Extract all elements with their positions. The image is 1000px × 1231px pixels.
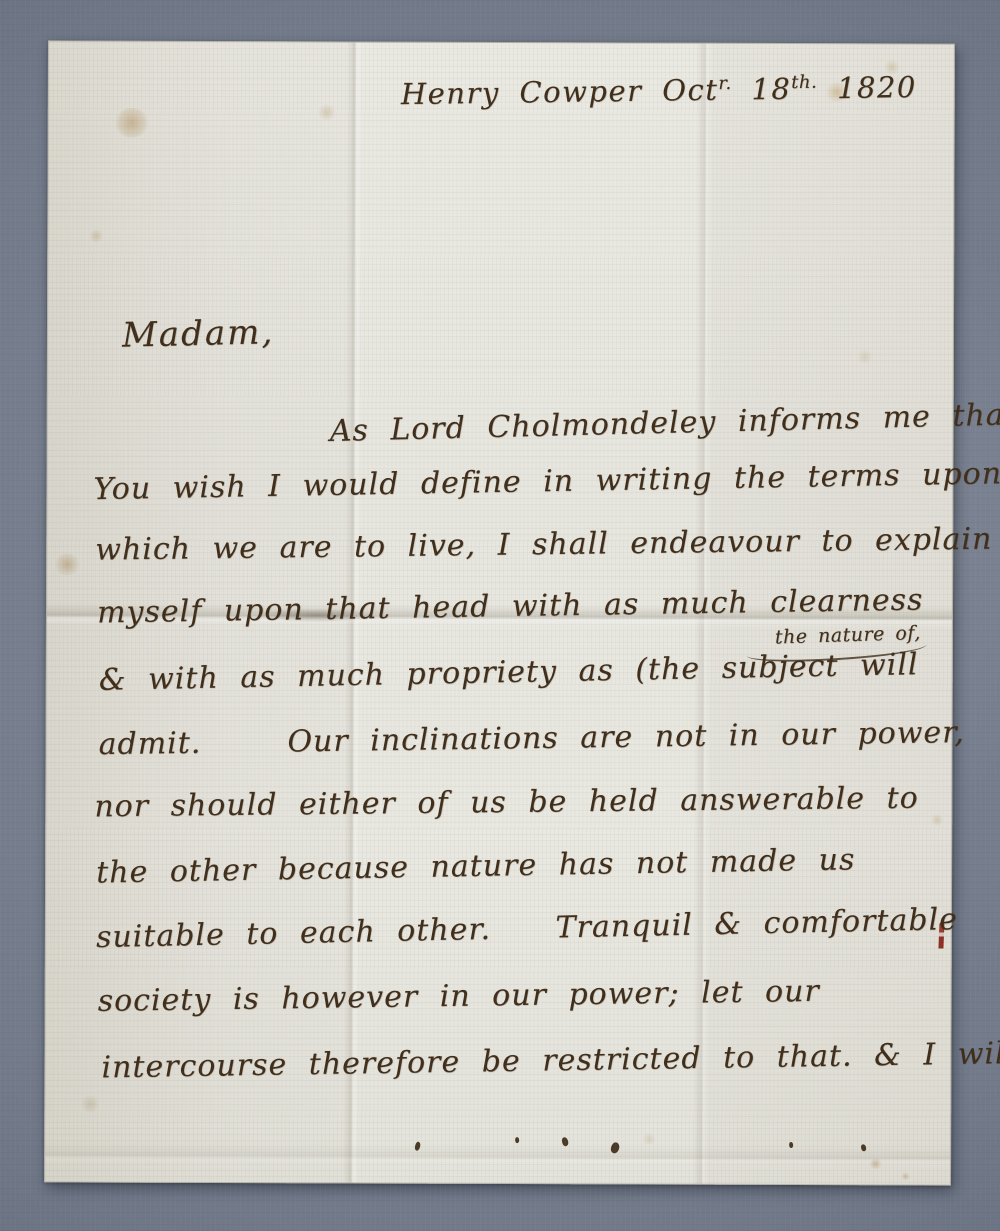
heading-name: Henry Cowper Oct (401, 73, 719, 111)
ink-speck (515, 1137, 519, 1143)
heading-year: 1820 (817, 70, 917, 105)
heading-day: 18 (731, 72, 791, 107)
heading-superscript-r: r. (718, 73, 732, 94)
letter-paper: Henry Cowper Octr. 18th. 1820 Madam, As … (44, 40, 955, 1185)
letter-salutation: Madam, (122, 312, 275, 355)
heading-superscript-th: th. (791, 72, 817, 93)
ink-speck (789, 1142, 793, 1148)
letter-heading-name-and-date: Henry Cowper Octr. 18th. 1820 (401, 70, 917, 111)
horizontal-fold-crease-bottom (45, 1143, 950, 1168)
photo-background: Henry Cowper Octr. 18th. 1820 Madam, As … (0, 0, 1000, 1231)
